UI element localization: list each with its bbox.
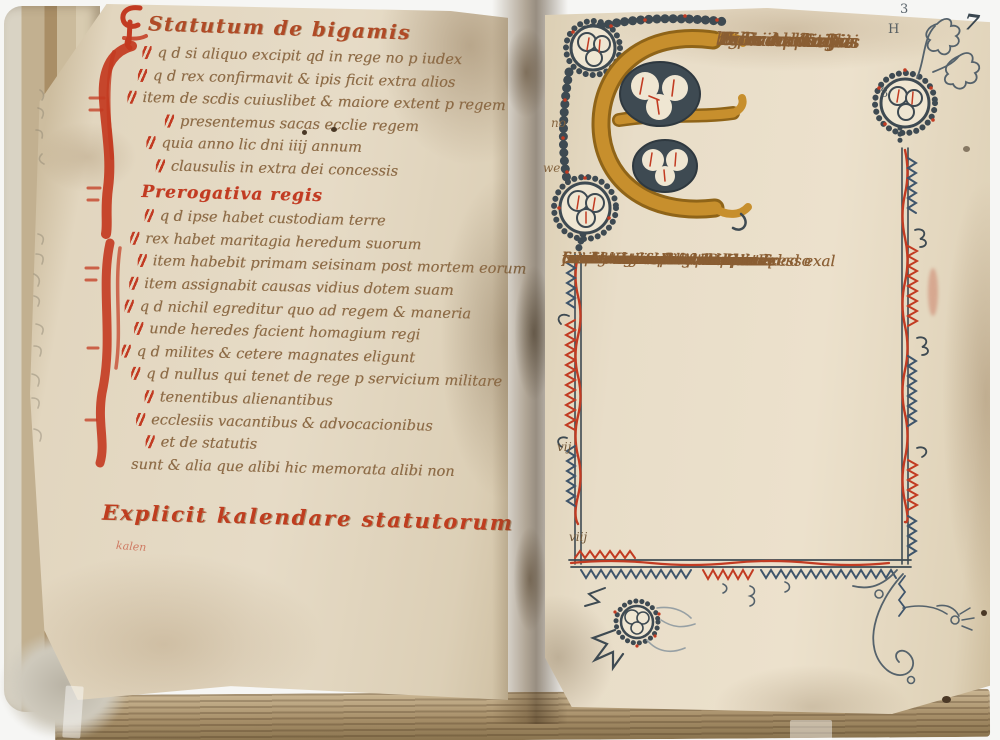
paragraph-mark-icon: [127, 91, 136, 104]
gutter-margin-note: no: [551, 116, 566, 130]
margin-numeral: viij: [569, 530, 587, 544]
text-line: in regno nro Angl imppm: [562, 248, 753, 271]
text-line: tic vic ppositis: [721, 26, 853, 56]
illuminated-border-penwork: [545, 8, 990, 718]
pen-mark: H: [888, 22, 899, 37]
paragraph-mark-icon: [131, 367, 140, 380]
paragraph-mark-icon: [134, 322, 143, 335]
pen-mark: 8: [880, 86, 888, 101]
pen-mark: 3: [900, 2, 908, 17]
paragraph-mark-icon: [156, 159, 165, 172]
margin-numeral: vij: [557, 440, 571, 454]
paragraph-mark-icon: [146, 136, 155, 149]
left-page-text-block: q d si aliquo excipit qd in rege no p iu…: [123, 42, 514, 462]
explicit-note: kalen: [116, 539, 147, 554]
paragraph-mark-icon: [125, 299, 134, 312]
red-stain: [928, 268, 938, 316]
paragraph-mark-icon: [130, 231, 139, 244]
paragraph-mark-icon: [129, 277, 138, 290]
paragraph-mark-icon: [165, 114, 174, 127]
ink-speck: [302, 130, 307, 135]
tape-remnant: [790, 720, 832, 740]
stain-spot: [963, 146, 970, 152]
paragraph-mark-icon: [142, 46, 151, 59]
paragraph-mark-icon: [145, 209, 154, 222]
paragraph-mark-icon: [138, 254, 147, 267]
stain-spot: [981, 610, 987, 616]
gutter-margin-note: we: [543, 161, 560, 175]
ink-speck: [331, 127, 337, 132]
paragraph-mark-icon: [122, 344, 131, 357]
paragraph-mark-icon: [136, 412, 145, 425]
stain-spot: [942, 696, 951, 703]
tape-remnant: [62, 685, 84, 738]
paragraph-mark-icon: [145, 390, 154, 403]
manuscript-photo: Statutum de bigamis q d si aliquo excipi…: [0, 0, 1000, 740]
show-through-marks: [20, 84, 60, 464]
paragraph-mark-icon: [146, 435, 155, 448]
paragraph-mark-icon: [138, 68, 147, 81]
